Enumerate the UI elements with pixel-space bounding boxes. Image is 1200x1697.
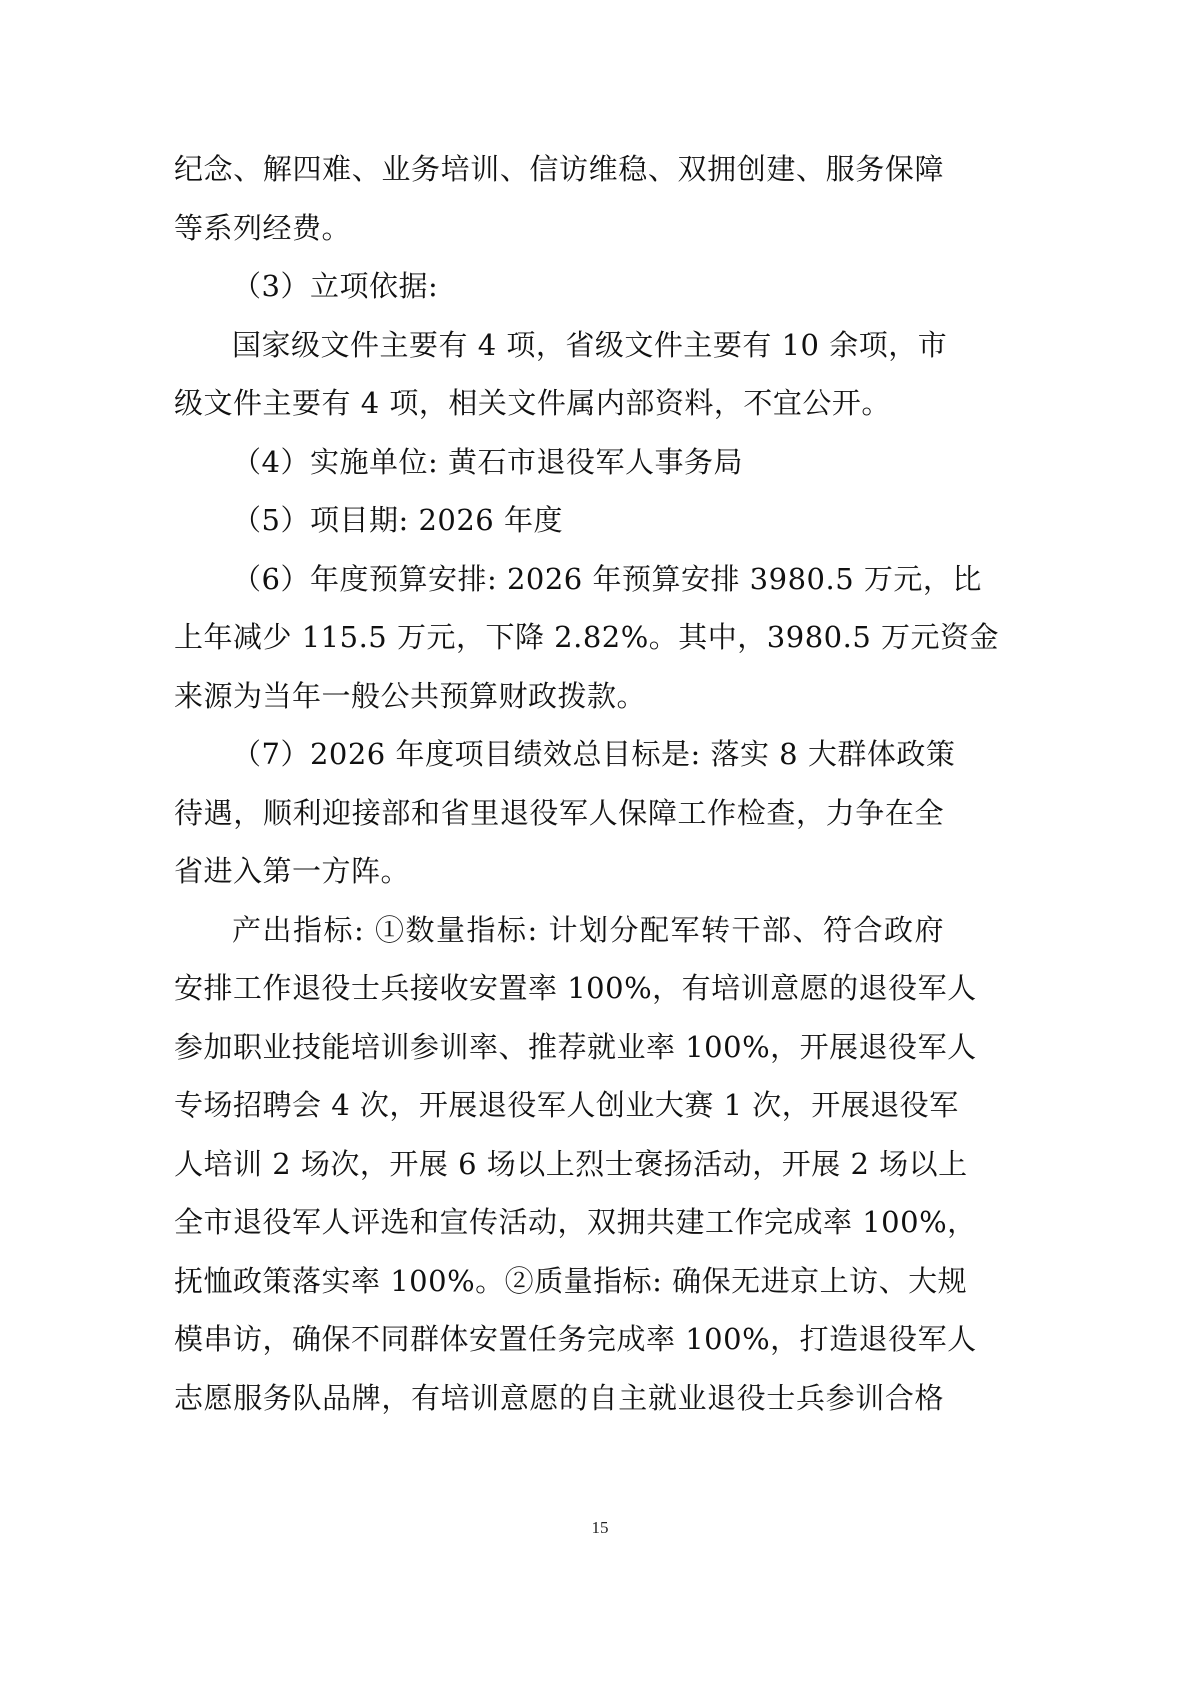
text-line: 等系列经费。 — [174, 199, 944, 258]
page-number: 15 — [0, 1518, 1200, 1538]
document-page: 纪念、解四难、业务培训、信访维稳、双拥创建、服务保障 等系列经费。 （3）立项依… — [0, 0, 1200, 1697]
paragraph-basis-body: 国家级文件主要有 4 项，省级文件主要有 10 余项，市 级文件主要有 4 项，… — [174, 316, 944, 433]
paragraph-project-period: （5）项目期: 2026 年度 — [174, 491, 944, 550]
text-line: 全市退役军人评选和宣传活动，双拥共建工作完成率 100%， — [174, 1193, 944, 1252]
paragraph-expenses-continued: 纪念、解四难、业务培训、信访维稳、双拥创建、服务保障 等系列经费。 — [174, 140, 944, 257]
paragraph-output-indicators: 产出指标: ①数量指标: 计划分配军转干部、符合政府 安排工作退役士兵接收安置率… — [174, 901, 944, 1428]
text-line: 级文件主要有 4 项，相关文件属内部资料，不宜公开。 — [174, 374, 944, 433]
text-line: （6）年度预算安排: 2026 年预算安排 3980.5 万元，比 — [174, 550, 944, 609]
paragraph-annual-budget: （6）年度预算安排: 2026 年预算安排 3980.5 万元，比 上年减少 1… — [174, 550, 944, 726]
text-line: 来源为当年一般公共预算财政拨款。 — [174, 667, 944, 726]
text-line: 待遇，顺利迎接部和省里退役军人保障工作检查，力争在全 — [174, 784, 944, 843]
text-line: 国家级文件主要有 4 项，省级文件主要有 10 余项，市 — [174, 316, 944, 375]
text-line: 人培训 2 场次，开展 6 场以上烈士褒扬活动，开展 2 场以上 — [174, 1135, 944, 1194]
paragraph-implementing-unit: （4）实施单位: 黄石市退役军人事务局 — [174, 433, 944, 492]
section-heading: （3）立项依据: — [174, 257, 944, 316]
section-heading: （4）实施单位: 黄石市退役军人事务局 — [174, 433, 944, 492]
text-line: 产出指标: ①数量指标: 计划分配军转干部、符合政府 — [174, 901, 944, 960]
text-line: 上年减少 115.5 万元，下降 2.82%。其中，3980.5 万元资金 — [174, 608, 944, 667]
section-heading: （5）项目期: 2026 年度 — [174, 491, 944, 550]
text-line: 参加职业技能培训参训率、推荐就业率 100%，开展退役军人 — [174, 1018, 944, 1077]
text-line: （7）2026 年度项目绩效总目标是: 落实 8 大群体政策 — [174, 725, 944, 784]
text-line: 志愿服务队品牌，有培训意愿的自主就业退役士兵参训合格 — [174, 1369, 944, 1428]
body-text: 纪念、解四难、业务培训、信访维稳、双拥创建、服务保障 等系列经费。 （3）立项依… — [174, 140, 944, 1427]
text-line: 抚恤政策落实率 100%。②质量指标: 确保无进京上访、大规 — [174, 1252, 944, 1311]
text-line: 安排工作退役士兵接收安置率 100%，有培训意愿的退役军人 — [174, 959, 944, 1018]
paragraph-performance-goal: （7）2026 年度项目绩效总目标是: 落实 8 大群体政策 待遇，顺利迎接部和… — [174, 725, 944, 901]
text-line: 模串访，确保不同群体安置任务完成率 100%，打造退役军人 — [174, 1310, 944, 1369]
text-line: 省进入第一方阵。 — [174, 842, 944, 901]
paragraph-basis-heading: （3）立项依据: — [174, 257, 944, 316]
text-line: 专场招聘会 4 次，开展退役军人创业大赛 1 次，开展退役军 — [174, 1076, 944, 1135]
text-line: 纪念、解四难、业务培训、信访维稳、双拥创建、服务保障 — [174, 140, 944, 199]
